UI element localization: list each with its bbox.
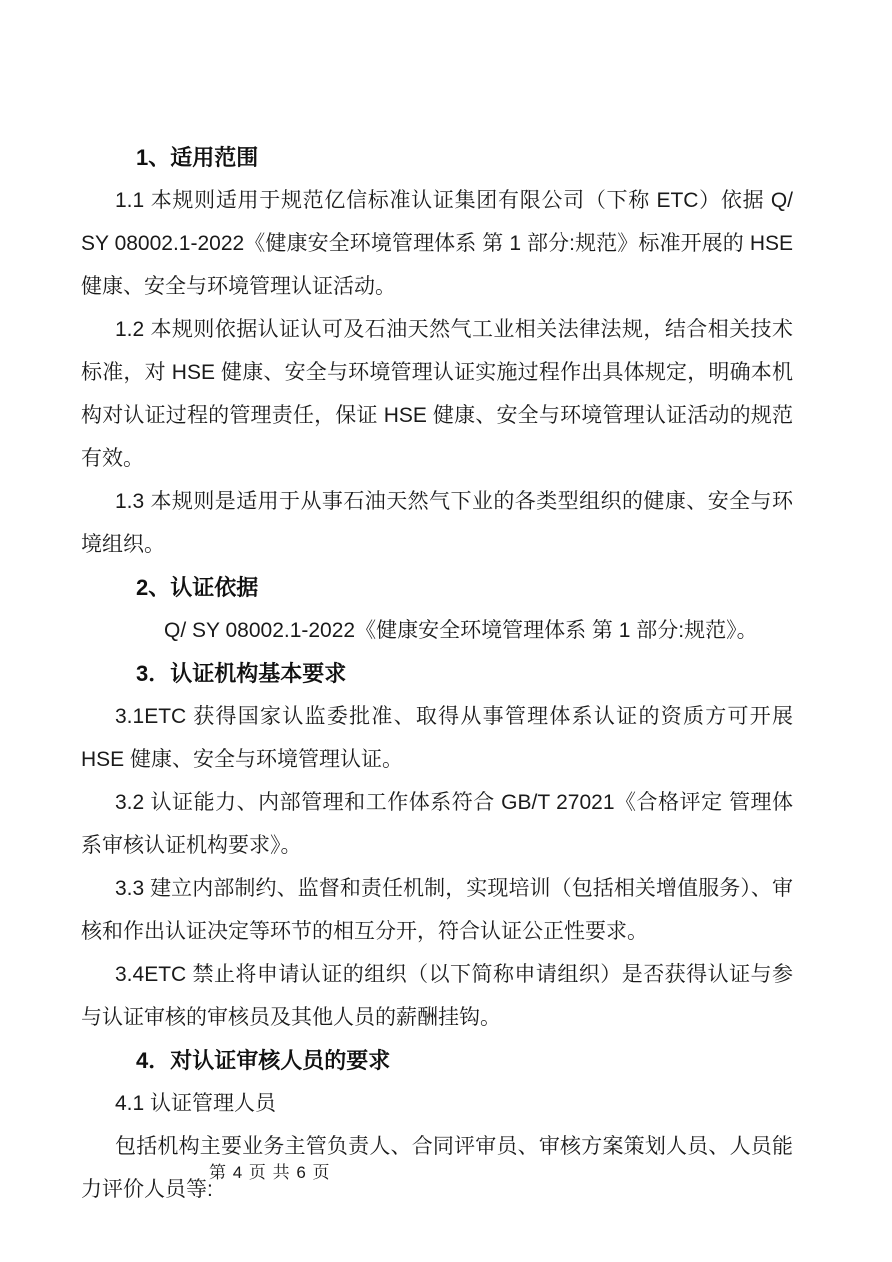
page-footer: 第 4 页 共 6 页 [209,1162,331,1184]
paragraph: 3.2 认证能力、内部管理和工作体系符合 GB/T 27021《合格评定 管理体… [81,781,793,867]
paragraph: 包括机构主要业务主管负责人、合同评审员、审核方案策划人员、人员能力评价人员等: [81,1125,793,1211]
paragraph: 3.3 建立内部制约、监督和责任机制，实现培训（包括相关增值服务）、审核和作出认… [81,867,793,953]
document-page: 1、适用范围1.1 本规则适用于规范亿信标准认证集团有限公司（下称 ETC）依据… [0,0,892,1262]
section-heading: 3．认证机构基本要求 [81,652,793,695]
paragraph: 3.1ETC 获得国家认监委批准、取得从事管理体系认证的资质方可开展 HSE 健… [81,695,793,781]
section-heading: 2、认证依据 [81,566,793,609]
paragraph: 1.2 本规则依据认证认可及石油天然气工业相关法律法规，结合相关技术标准，对 H… [81,308,793,480]
document-body: 1、适用范围1.1 本规则适用于规范亿信标准认证集团有限公司（下称 ETC）依据… [81,136,793,1211]
paragraph: 4.1 认证管理人员 [81,1082,793,1125]
paragraph: Q/ SY 08002.1-2022《健康安全环境管理体系 第 1 部分:规范》… [81,609,793,652]
paragraph: 3.4ETC 禁止将申请认证的组织（以下简称申请组织）是否获得认证与参与认证审核… [81,953,793,1039]
section-heading: 4．对认证审核人员的要求 [81,1039,793,1082]
section-heading: 1、适用范围 [81,136,793,179]
paragraph: 1.1 本规则适用于规范亿信标准认证集团有限公司（下称 ETC）依据 Q/ SY… [81,179,793,308]
paragraph: 1.3 本规则是适用于从事石油天然气下业的各类型组织的健康、安全与环境组织。 [81,480,793,566]
